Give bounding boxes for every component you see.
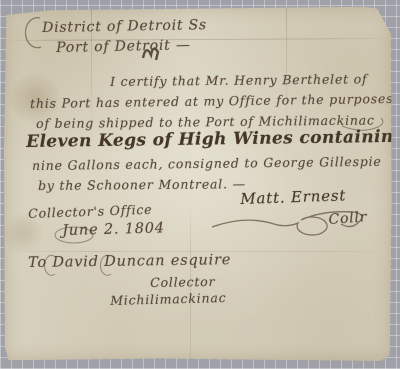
address-recipient: To David Duncan esquire — [28, 252, 231, 271]
signature-name: Matt. Ernest — [240, 186, 346, 208]
photo-background: District of Detroit Ss Port of Detroit —… — [0, 0, 400, 369]
body-line-1: I certify that Mr. Henry Berthelet of — [110, 71, 368, 89]
address-place: Michilimackinac — [110, 290, 227, 308]
address-title: Collector — [150, 274, 215, 290]
dateline-office: Collector's Office — [28, 202, 153, 221]
heading-flourish — [25, 18, 41, 48]
heading-district: District of Detroit Ss — [42, 17, 207, 36]
document-paper: District of Detroit Ss Port of Detroit —… — [4, 6, 392, 361]
signature-title: Collr — [328, 209, 368, 228]
body-line-4-cargo: Eleven Kegs of High Wines containing — [26, 127, 400, 152]
heading-port: Port of Detroit — — [56, 37, 191, 56]
body-line-5: nine Gallons each, consigned to George G… — [32, 154, 382, 173]
dateline-date: June 2. 1804 — [62, 220, 165, 239]
body-line-6: by the Schooner Montreal. — — [38, 176, 246, 193]
body-line-2: this Port has entered at my Office for t… — [30, 91, 393, 111]
